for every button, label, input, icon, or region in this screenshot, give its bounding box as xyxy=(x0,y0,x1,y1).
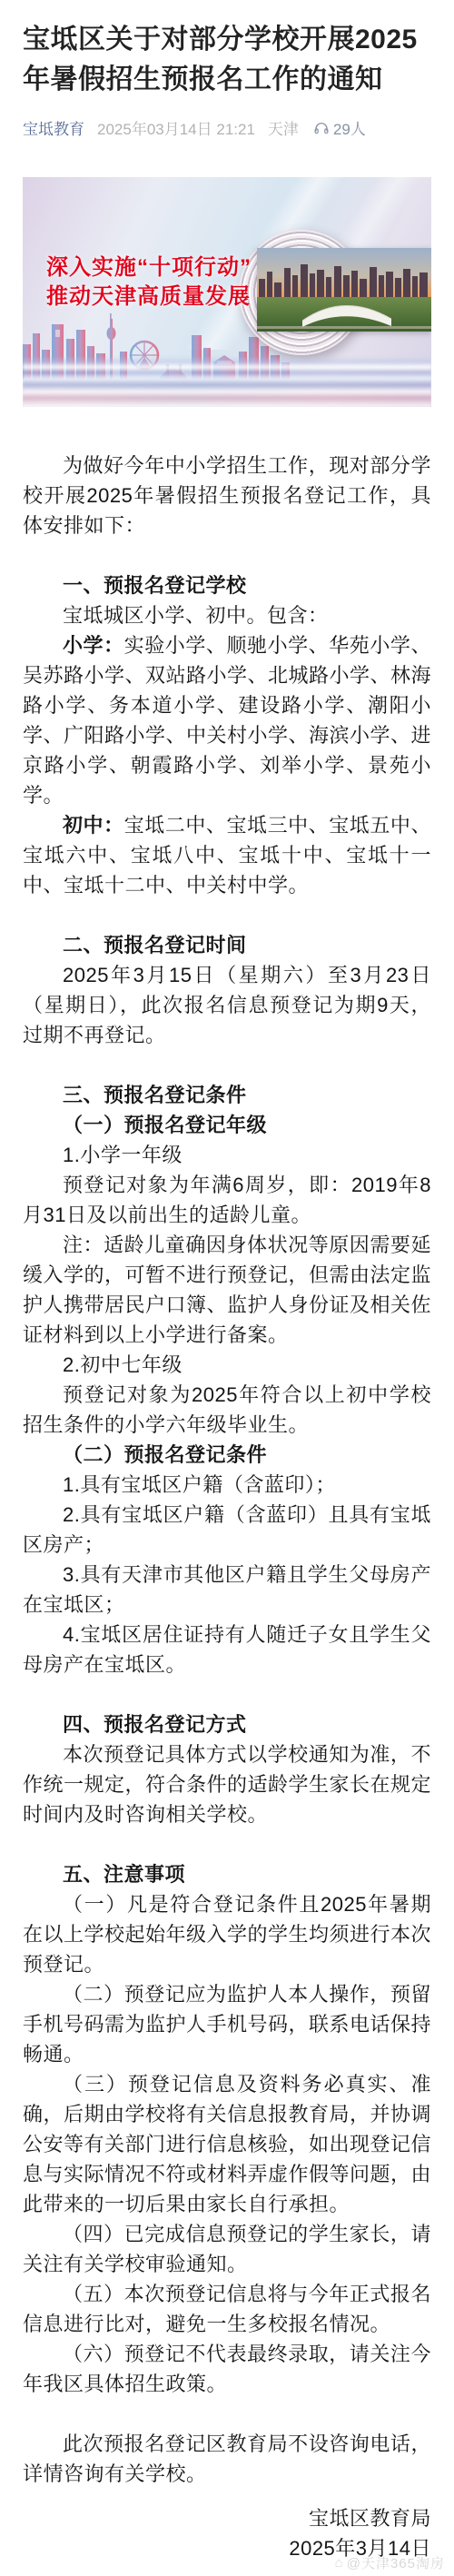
body-paragraph: 为做好今年中小学招生工作，现对部分学校开展2025年暑假招生预报名登记工作，具体… xyxy=(23,451,431,540)
paragraph-spacer xyxy=(23,1679,431,1709)
banner-slogan-line2: 推动天津高质量发展 xyxy=(46,282,252,312)
body-paragraph: 初中：宝坻二中、宝坻三中、宝坻五中、宝坻六中、宝坻八中、宝坻十中、宝坻十一中、宝… xyxy=(23,810,431,900)
body-paragraph: 2025年3月15日（星期六）至3月23日（星期日），此次报名信息预登记为期9天… xyxy=(23,960,431,1050)
body-paragraph: 小学：实验小学、顺驰小学、华苑小学、吴苏路小学、双站路小学、北城路小学、林海路小… xyxy=(23,630,431,810)
body-paragraph: （三）预登记信息及资料务必真实、准确，后期由学校将有关信息报教育局，并协调公安等… xyxy=(23,2069,431,2219)
section-heading: 四、预报名登记方式 xyxy=(23,1709,431,1739)
paragraph-spacer xyxy=(23,1829,431,1859)
banner-city-photo xyxy=(257,248,431,332)
section-heading: 二、预报名登记时间 xyxy=(23,930,431,960)
body-paragraph: 3.具有天津市其他区户籍且学生父母房产在宝坻区； xyxy=(23,1560,431,1620)
body-paragraph: 2.具有宝坻区户籍（含蓝印）且具有宝坻区房产； xyxy=(23,1500,431,1560)
signature-org: 宝坻区教育局 xyxy=(23,2503,431,2533)
banner-slogan-line1: 深入实施“十项行动” xyxy=(46,253,252,282)
body-paragraph: 2.初中七年级 xyxy=(23,1350,431,1380)
body-paragraph: 1.具有宝坻区户籍（含蓝印）； xyxy=(23,1470,431,1500)
article-body: 为做好今年中小学招生工作，现对部分学校开展2025年暑假招生预报名登记工作，具体… xyxy=(23,451,431,2503)
publish-datetime: 2025年03月14日 21:21 xyxy=(97,116,255,139)
listen-count-button[interactable]: 29人 xyxy=(313,116,366,139)
section-heading: 一、预报名登记学校 xyxy=(23,570,431,600)
section-heading: 五、注意事项 xyxy=(23,1859,431,1889)
article-title: 宝坻区关于对部分学校开展2025年暑假招生预报名工作的通知 xyxy=(23,20,431,100)
body-paragraph: 预登记对象为2025年符合以上初中学校招生条件的小学六年级毕业生。 xyxy=(23,1380,431,1440)
watermark: ⌂ @天津365淘房 xyxy=(335,2553,445,2572)
section-heading: （二）预报名登记条件 xyxy=(23,1440,431,1470)
body-paragraph: （六）预登记不代表最终录取，请关注今年我区具体招生政策。 xyxy=(23,2339,431,2399)
headphones-icon xyxy=(313,120,330,136)
body-paragraph: （二）预登记应为监护人本人操作，预留手机号码需为监护人手机号码，联系电话保持畅通… xyxy=(23,1979,431,2069)
body-paragraph: （五）本次预登记信息将与今年正式报名信息进行比对，避免一生多校报名情况。 xyxy=(23,2279,431,2339)
body-paragraph: 宝坻城区小学、初中。包含： xyxy=(23,600,431,630)
watermark-text: @天津365淘房 xyxy=(347,2553,445,2572)
body-paragraph: 4.宝坻区居住证持有人随迁子女且学生父母房产在宝坻区。 xyxy=(23,1620,431,1679)
section-heading: 三、预报名登记条件 xyxy=(23,1080,431,1110)
paragraph-spacer xyxy=(23,900,431,930)
banner-slogan: 深入实施“十项行动” 推动天津高质量发展 xyxy=(46,253,252,312)
account-name-link[interactable]: 宝坻教育 xyxy=(23,116,84,139)
body-paragraph: 本次预登记具体方式以学校通知为准，不作统一规定，符合条件的适龄学生家长在规定时间… xyxy=(23,1739,431,1829)
body-paragraph: （四）已完成信息预登记的学生家长，请关注有关学校审验通知。 xyxy=(23,2219,431,2279)
body-paragraph: 注：适龄儿童确因身体状况等原因需要延缓入学的，可暂不进行预登记，但需由法定监护人… xyxy=(23,1230,431,1350)
body-paragraph: 1.小学一年级 xyxy=(23,1140,431,1170)
publish-location: 天津 xyxy=(268,116,299,139)
article-page: 宝坻区关于对部分学校开展2025年暑假招生预报名工作的通知 宝坻教育 2025年… xyxy=(0,0,454,2576)
article-byline: 宝坻教育 2025年03月14日 21:21 天津 29人 xyxy=(23,116,431,139)
section-heading: （一）预报名登记年级 xyxy=(23,1110,431,1140)
paragraph-spacer xyxy=(23,2489,431,2503)
paragraph-spacer xyxy=(23,1050,431,1080)
banner-image[interactable]: 深入实施“十项行动” 推动天津高质量发展 xyxy=(23,177,431,407)
banner-light-streaks xyxy=(23,356,431,407)
body-paragraph: 预登记对象为年满6周岁，即：2019年8月31日及以前出生的适龄儿童。 xyxy=(23,1170,431,1230)
paragraph-spacer xyxy=(23,540,431,570)
listen-count-label: 29人 xyxy=(333,116,366,139)
paragraph-spacer xyxy=(23,2399,431,2429)
watermark-logo-icon: ⌂ xyxy=(335,2555,344,2571)
body-paragraph: 此次预报名登记区教育局不设咨询电话，详情咨询有关学校。 xyxy=(23,2429,431,2489)
body-paragraph: （一）凡是符合登记条件且2025年暑期在以上学校起始年级入学的学生均须进行本次预… xyxy=(23,1889,431,1979)
